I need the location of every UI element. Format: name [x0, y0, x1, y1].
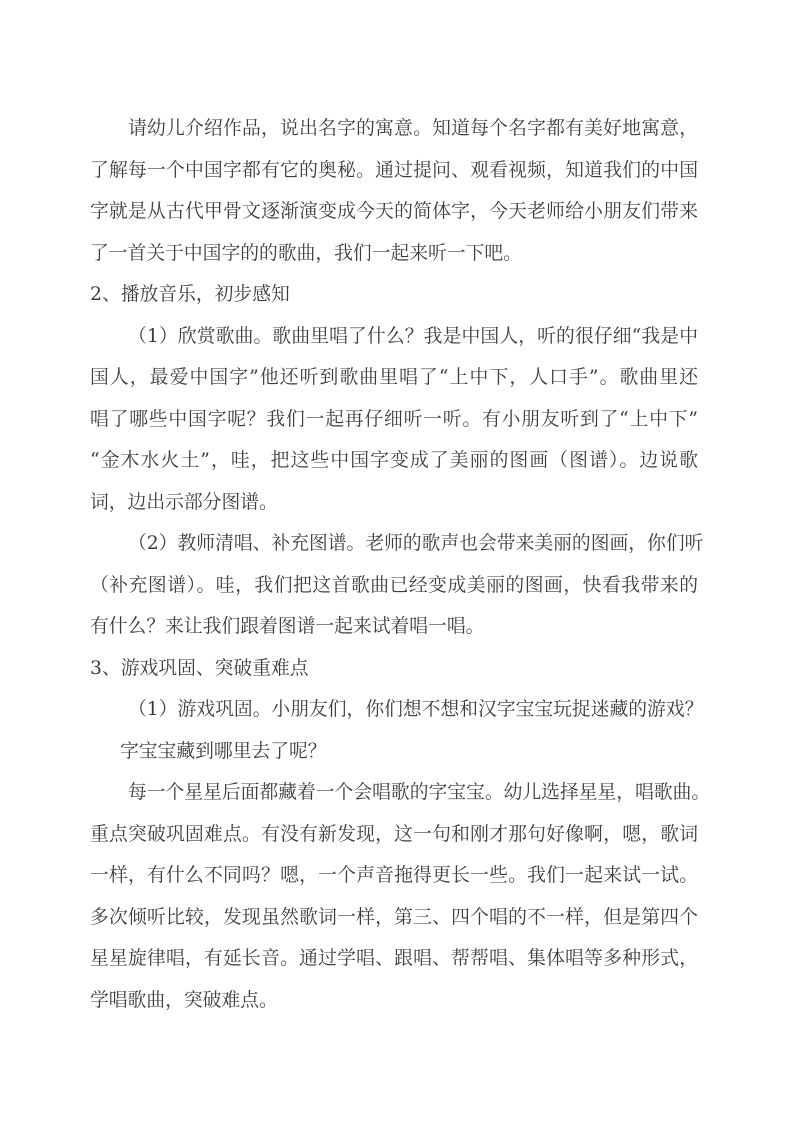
- text-line: 了解每一个中国字都有它的奥秘。通过提问、观看视频，知道我们的中国: [90, 150, 698, 192]
- text-line: 字就是从古代甲骨文逐渐演变成今天的简体字，今天老师给小朋友们带来: [90, 191, 698, 233]
- text-line: （补充图谱）。哇，我们把这首歌曲已经变成美丽的图画，快看我带来的: [90, 565, 698, 607]
- text-line: 唱了哪些中国字呢？我们一起再仔细听一听。有小朋友听到了“上中下”: [90, 399, 698, 441]
- text-line: 重点突破巩固难点。有没有新发现，这一句和刚才那句好像啊，嗯，歌词: [90, 814, 698, 856]
- document-body: 请幼儿介绍作品，说出名字的寓意。知道每个名字都有美好地寓意，了解每一个中国字都有…: [90, 108, 698, 1021]
- text-line: （2）教师清唱、补充图谱。老师的歌声也会带来美丽的图画，你们听: [90, 523, 698, 565]
- text-line: 国人，最爱中国字”他还听到歌曲里唱了“上中下，人口手”。歌曲里还: [90, 357, 698, 399]
- text-line: “金木水火土”，哇，把这些中国字变成了美丽的图画（图谱）。边说歌: [90, 440, 698, 482]
- text-line: 请幼儿介绍作品，说出名字的寓意。知道每个名字都有美好地寓意，: [90, 108, 698, 150]
- text-line: 3、游戏巩固、突破重难点: [90, 648, 698, 690]
- document-page: 请幼儿介绍作品，说出名字的寓意。知道每个名字都有美好地寓意，了解每一个中国字都有…: [0, 0, 794, 1123]
- text-line: 字宝宝藏到哪里去了呢？: [90, 731, 698, 773]
- text-line: 一样，有什么不同吗？嗯，一个声音拖得更长一些。我们一起来试一试。: [90, 855, 698, 897]
- text-line: 2、播放音乐，初步感知: [90, 274, 698, 316]
- text-line: （1）游戏巩固。小朋友们，你们想不想和汉字宝宝玩捉迷藏的游戏？: [90, 689, 698, 731]
- text-line: 学唱歌曲，突破难点。: [90, 980, 698, 1022]
- text-line: 词，边出示部分图谱。: [90, 482, 698, 524]
- text-line: （1）欣赏歌曲。歌曲里唱了什么？我是中国人，听的很仔细“我是中: [90, 316, 698, 358]
- text-line: 每一个星星后面都藏着一个会唱歌的字宝宝。幼儿选择星星，唱歌曲。: [90, 772, 698, 814]
- text-line: 了一首关于中国字的的歌曲，我们一起来听一下吧。: [90, 233, 698, 275]
- text-line: 星星旋律唱，有延长音。通过学唱、跟唱、帮帮唱、集体唱等多种形式，: [90, 938, 698, 980]
- text-line: 多次倾听比较，发现虽然歌词一样，第三、四个唱的不一样，但是第四个: [90, 897, 698, 939]
- text-line: 有什么？来让我们跟着图谱一起来试着唱一唱。: [90, 606, 698, 648]
